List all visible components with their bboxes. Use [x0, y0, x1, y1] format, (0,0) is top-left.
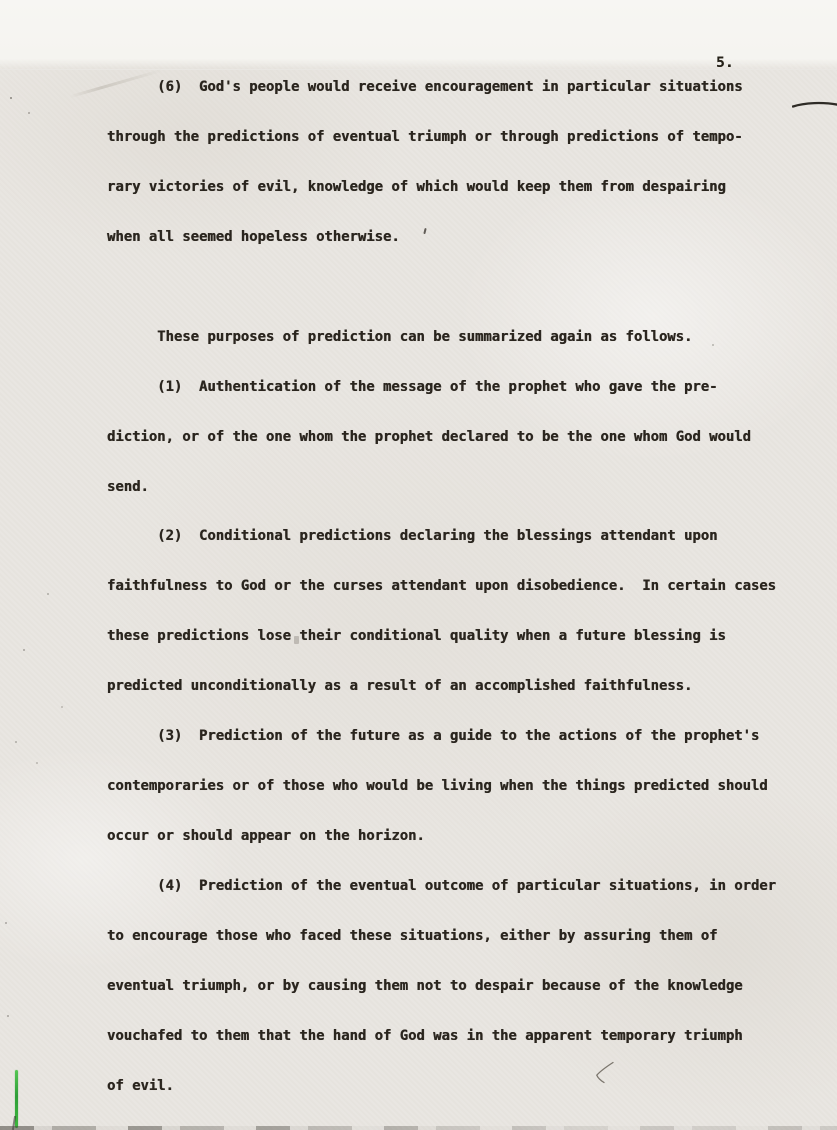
document-page: 5. (6) God's people would receive encour… — [0, 0, 837, 1130]
paper-speck — [15, 741, 17, 743]
text-line: of evil. — [107, 1080, 807, 1130]
text-line: vouchafed to them that the hand of God w… — [107, 1030, 807, 1080]
typewritten-text: (6) God's people would receive encourage… — [107, 81, 807, 1130]
text-line: occur or should appear on the horizon. — [107, 830, 807, 880]
paper-speck — [10, 97, 12, 99]
paper-speck — [36, 762, 38, 764]
text-line: eventual triumph, or by causing them not… — [107, 980, 807, 1030]
paper-speck — [47, 593, 49, 595]
page-number: 5. — [716, 55, 734, 71]
paper-speck — [61, 706, 63, 708]
text-line: (3) Prediction of the future as a guide … — [107, 730, 807, 780]
text-line: when all seemed hopeless otherwise. — [107, 231, 807, 281]
faded-strikeout-character — [294, 636, 299, 644]
text-line: contemporaries or of those who would be … — [107, 780, 807, 830]
text-line: These purposes of prediction can be summ… — [107, 331, 807, 381]
paper-speck — [712, 344, 714, 346]
text-line: (6) God's people would receive encourage… — [107, 81, 807, 131]
page-top-edge — [0, 0, 837, 70]
text-line: faithfulness to God or the curses attend… — [107, 580, 807, 630]
text-line — [107, 281, 807, 331]
text-line: diction, or of the one whom the prophet … — [107, 431, 807, 481]
text-line: through the predictions of eventual triu… — [107, 131, 807, 181]
text-line: rary victories of evil, knowledge of whi… — [107, 181, 807, 231]
text-line: predicted unconditionally as a result of… — [107, 680, 807, 730]
text-line: to encourage those who faced these situa… — [107, 930, 807, 980]
text-line: these predictions lose their conditional… — [107, 630, 807, 680]
paper-speck — [28, 112, 30, 114]
text-line: send. — [107, 481, 807, 531]
pencil-check-mark — [595, 1061, 615, 1087]
text-line: (1) Authentication of the message of the… — [107, 381, 807, 431]
paper-speck — [23, 649, 25, 651]
paper-speck — [7, 1015, 9, 1017]
text-line: (4) Prediction of the eventual outcome o… — [107, 880, 807, 930]
paper-speck — [5, 922, 7, 924]
text-line: (2) Conditional predictions declaring th… — [107, 530, 807, 580]
page-bottom-edge-shadow — [0, 1126, 837, 1130]
